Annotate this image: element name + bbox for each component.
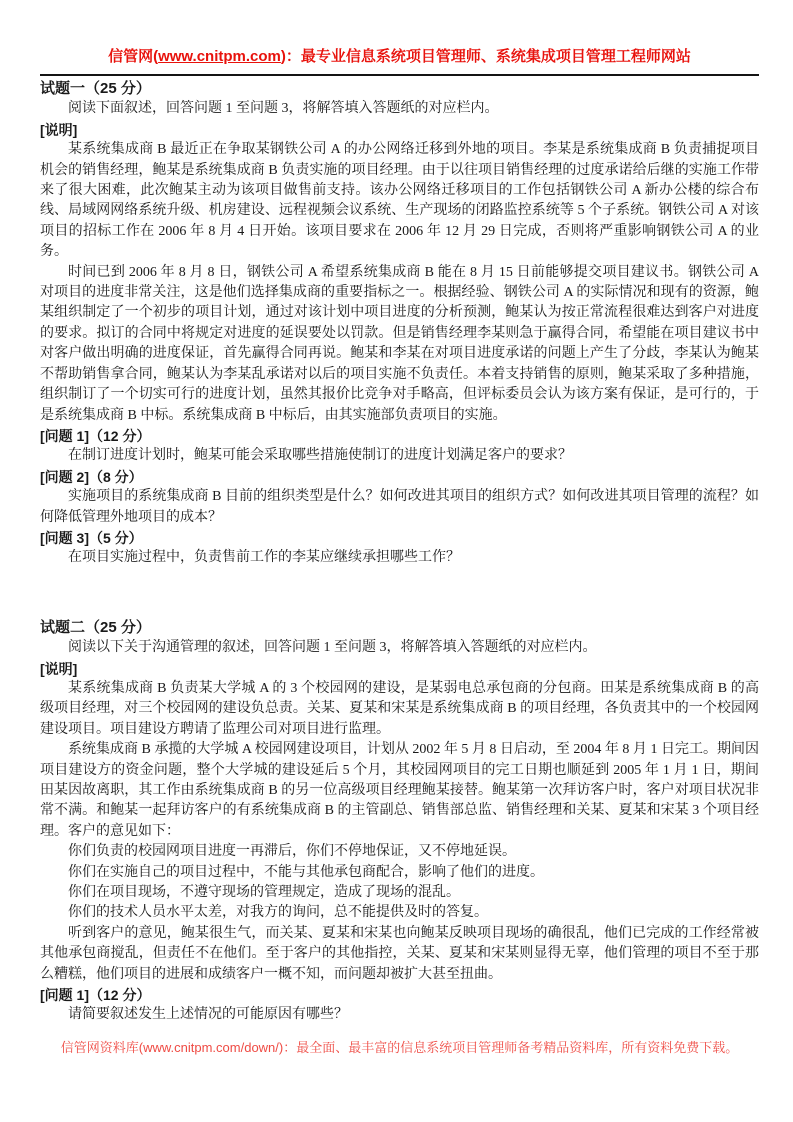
description-paragraph: 时间已到 2006 年 8 月 8 日，钢铁公司 A 希望系统集成商 B 能在 … [40,263,759,426]
customer-complaint-line: 你们负责的校园网项目进度一再滞后，你们不停地保证，又不停地延误。 [40,842,759,862]
document-page: 信管网(www.cnitpm.com)：最专业信息系统项目管理师、系统集成项目管… [0,0,793,1122]
question-body: 在制订进度计划时，鲍某可能会采取哪些措施使制订的进度计划满足客户的要求？ [40,446,759,466]
question-body: 实施项目的系统集成商 B 目前的组织类型是什么？如何改进其项目的组织方式？如何改… [40,487,759,528]
customer-complaint-line: 你们的技术人员水平太差，对我方的询问，总不能提供及时的答复。 [40,903,759,923]
question-body: 在项目实施过程中，负责售前工作的李某应继续承担哪些工作？ [40,548,759,568]
header-suffix: )：最专业信息系统项目管理师、系统集成项目管理工程师网站 [281,48,691,65]
document-content: 试题一（25 分） 阅读下面叙述，回答问题 1 至问题 3，将解答填入答题纸的对… [40,79,759,1058]
section-intro: 阅读下面叙述，回答问题 1 至问题 3，将解答填入答题纸的对应栏内。 [40,99,759,119]
section-intro: 阅读以下关于沟通管理的叙述，回答问题 1 至问题 3，将解答填入答题纸的对应栏内… [40,638,759,658]
section-question-one: 试题一（25 分） 阅读下面叙述，回答问题 1 至问题 3，将解答填入答题纸的对… [40,79,759,569]
question-heading: [问题 3]（5 分） [40,528,759,548]
question-heading: [问题 1]（12 分） [40,985,759,1005]
question-heading: [问题 1]（12 分） [40,426,759,446]
header-site-link[interactable]: www.cnitpm.com [158,48,281,65]
header-rule [40,74,759,76]
header-prefix: 信管网( [108,48,158,65]
explanation-label: [说明] [40,120,759,140]
footer-site-link[interactable]: www.cnitpm.com/down/ [143,1040,279,1055]
customer-complaint-line: 你们在实施自己的项目过程中，不能与其他承包商配合，影响了他们的进度。 [40,863,759,883]
customer-complaint-line: 你们在项目现场，不遵守现场的管理规定，造成了现场的混乱。 [40,883,759,903]
description-paragraph: 听到客户的意见，鲍某很生气，而关某、夏某和宋某也向鲍某反映项目现场的确很乱，他们… [40,924,759,985]
section-question-two: 试题二（25 分） 阅读以下关于沟通管理的叙述，回答问题 1 至问题 3，将解答… [40,618,759,1026]
section-title: 试题二（25 分） [40,618,759,638]
question-heading: [问题 2]（8 分） [40,467,759,487]
description-paragraph: 某系统集成商 B 负责某大学城 A 的 3 个校园网的建设，是某弱电总承包商的分… [40,679,759,740]
site-footer: 信管网资料库(www.cnitpm.com/down/)：最全面、最丰富的信息系… [40,1038,759,1058]
footer-prefix: 信管网资料库( [61,1040,143,1055]
explanation-label: [说明] [40,659,759,679]
description-paragraph: 系统集成商 B 承揽的大学城 A 校园网建设项目，计划从 2002 年 5 月 … [40,740,759,842]
section-title: 试题一（25 分） [40,79,759,99]
site-header: 信管网(www.cnitpm.com)：最专业信息系统项目管理师、系统集成项目管… [40,47,759,67]
footer-suffix: )：最全面、最丰富的信息系统项目管理师备考精品资料库，所有资料免费下载。 [279,1040,738,1055]
question-body: 请简要叙述发生上述情况的可能原因有哪些？ [40,1005,759,1025]
description-paragraph: 某系统集成商 B 最近正在争取某钢铁公司 A 的办公网络迁移到外地的项目。李某是… [40,140,759,262]
